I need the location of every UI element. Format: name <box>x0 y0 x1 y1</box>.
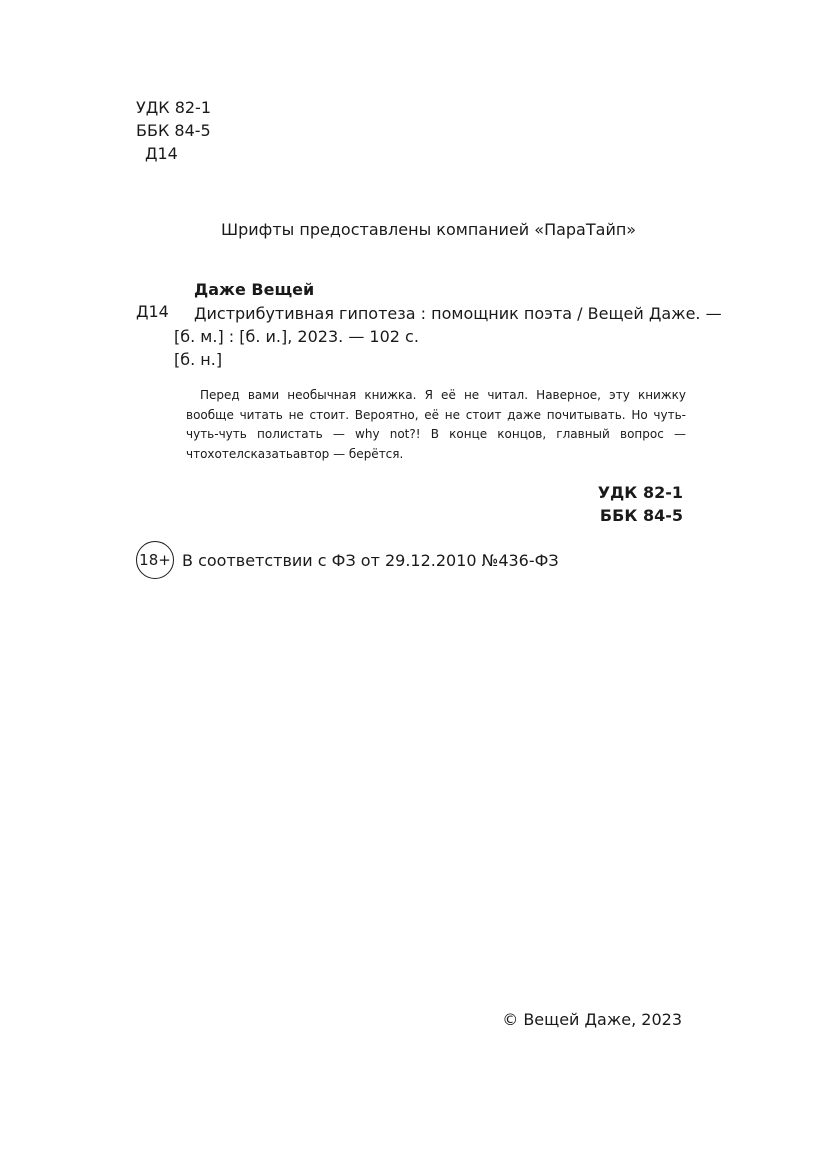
biblio-line-title: Дистрибутивная гипотеза : помощник поэта… <box>194 302 722 325</box>
annotation-text: Перед вами необычная книжка. Я её не чит… <box>186 386 686 464</box>
udk-code-bold: УДК 82-1 <box>598 481 683 504</box>
catalog-author-mark: Д14 <box>136 302 169 321</box>
udk-code: УДК 82-1 <box>136 96 211 119</box>
bibliographic-description: Дистрибутивная гипотеза : помощник поэта… <box>194 302 722 371</box>
copyright: © Вещей Даже, 2023 <box>502 1010 682 1029</box>
header-codes: УДК 82-1 ББК 84-5 Д14 <box>136 96 211 165</box>
classification-codes: УДК 82-1 ББК 84-5 <box>598 481 683 527</box>
author-mark: Д14 <box>136 142 211 165</box>
age-rating: 18+ В соответствии с ФЗ от 29.12.2010 №4… <box>136 541 559 579</box>
catalog-author: Даже Вещей <box>194 280 314 299</box>
biblio-line-series: [б. н.] <box>174 348 722 371</box>
fonts-credit: Шрифты предоставлены компанией «ПараТайп… <box>221 220 636 239</box>
bbk-code-bold: ББК 84-5 <box>598 504 683 527</box>
annotation: Перед вами необычная книжка. Я её не чит… <box>186 386 686 464</box>
age-badge-icon: 18+ <box>136 541 174 579</box>
bbk-code: ББК 84-5 <box>136 119 211 142</box>
age-rating-law: В соответствии с ФЗ от 29.12.2010 №436-Ф… <box>182 551 559 570</box>
biblio-line-imprint: [б. м.] : [б. и.], 2023. — 102 с. <box>174 325 722 348</box>
